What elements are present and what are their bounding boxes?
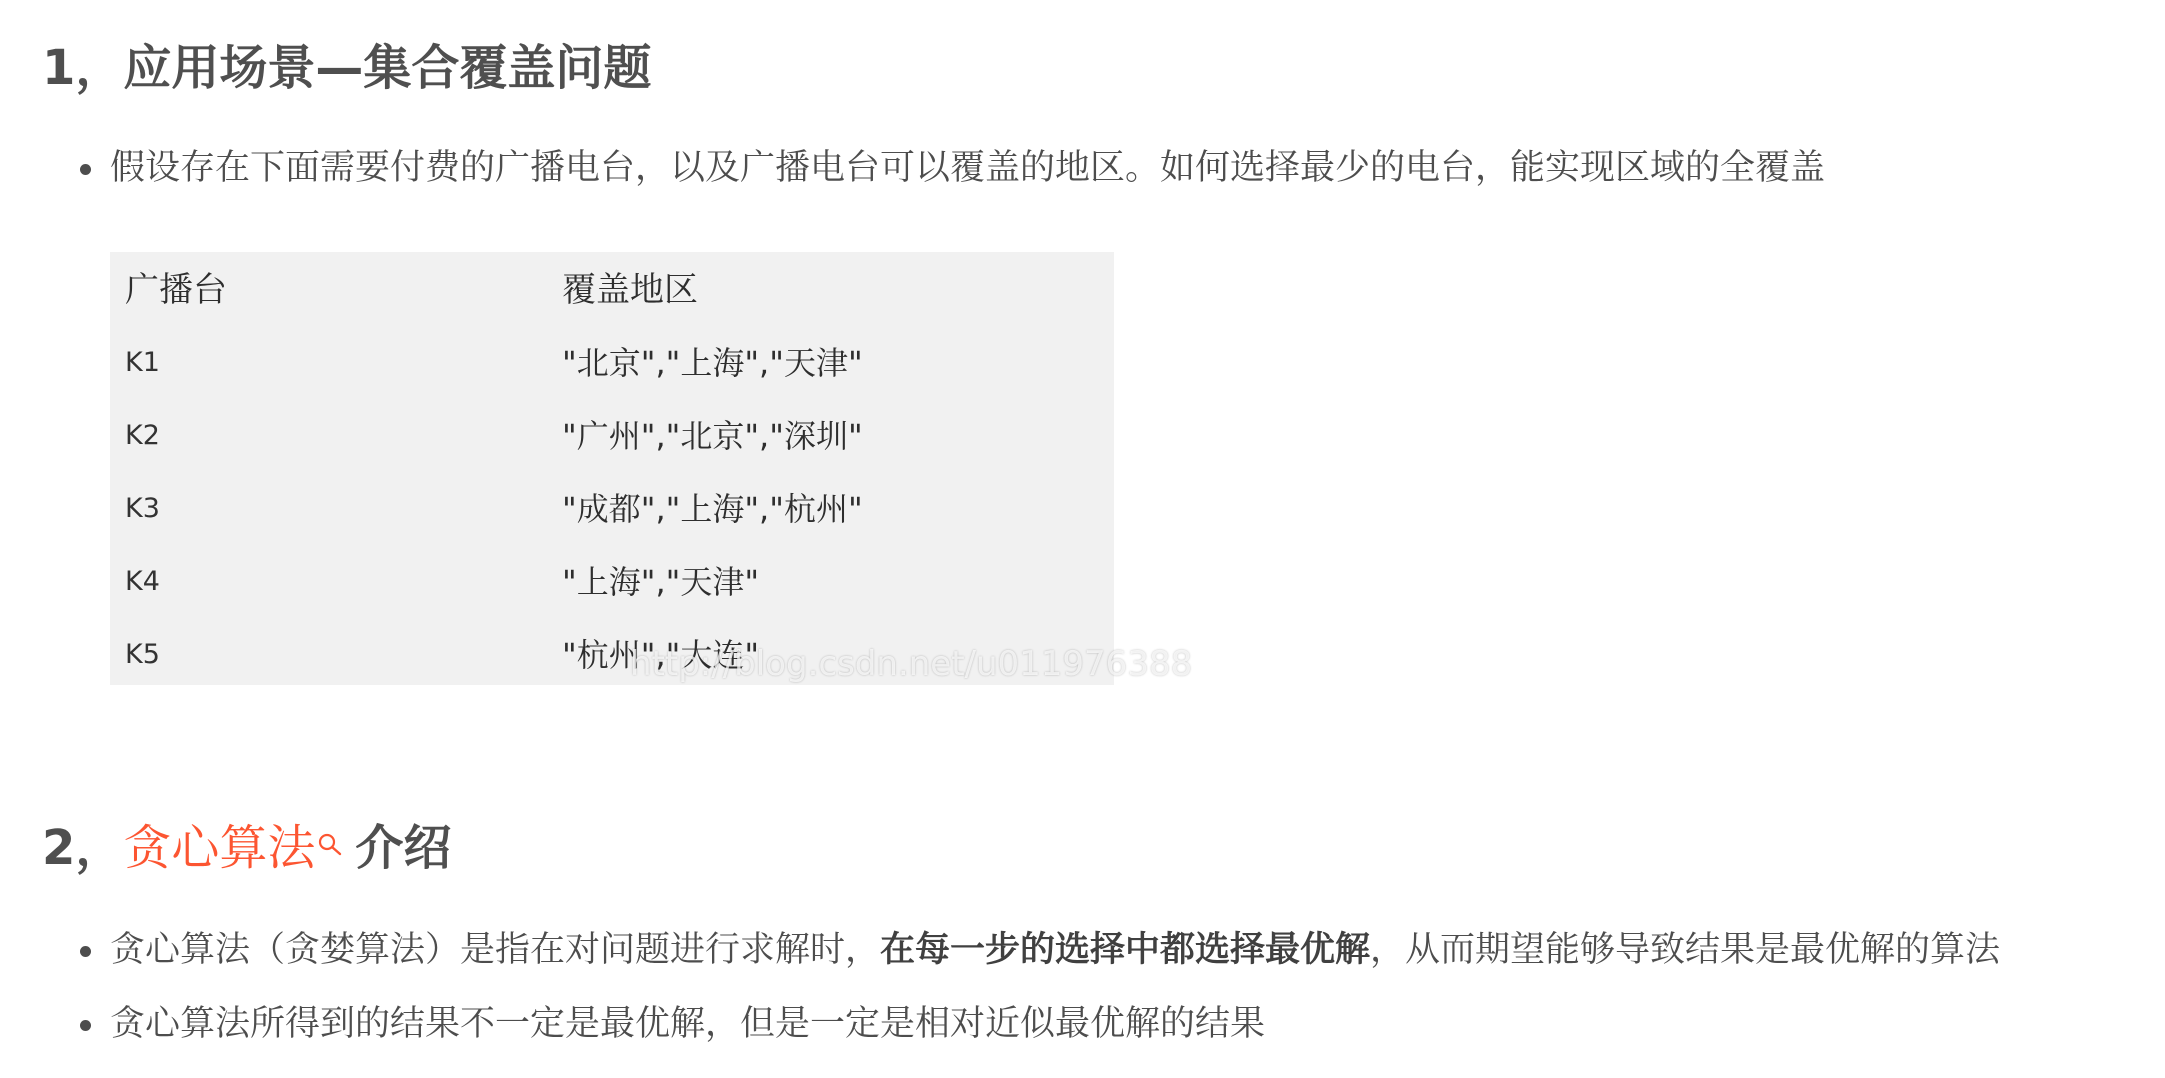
list-item: 贪心算法（贪婪算法）是指在对问题进行求解时，在每一步的选择中都选择最优解，从而期… <box>0 928 2000 972</box>
areas-cell: "成都","上海","杭州" <box>562 489 863 529</box>
bullet-text: 假设存在下面需要付费的广播电台，以及广播电台可以覆盖的地区。如何选择最少的电台，… <box>110 148 1825 188</box>
coverage-table-image: 广播台 覆盖地区 K1 "北京","上海","天津" K2 "广州","北京",… <box>110 252 1114 685</box>
section-2-bullet-list: 贪心算法（贪婪算法）是指在对问题进行求解时，在每一步的选择中都选择最优解，从而期… <box>0 928 2000 1076</box>
station-cell: K2 <box>125 416 160 456</box>
station-cell: K1 <box>125 343 160 383</box>
list-item: 贪心算法所得到的结果不一定是最优解，但是一定是相对近似最优解的结果 <box>0 1002 2000 1046</box>
table-row: K3 "成都","上海","杭州" <box>110 489 1114 529</box>
heading-prefix: 2， <box>42 820 123 876</box>
station-cell: K4 <box>125 562 160 602</box>
table-row: K4 "上海","天津" <box>110 562 1114 602</box>
bullet-text-after: ，从而期望能够导致结果是最优解的算法 <box>1370 930 2000 970</box>
section-2-heading: 2，贪心算法介绍 <box>42 820 451 876</box>
bullet-text: 贪心算法所得到的结果不一定是最优解，但是一定是相对近似最优解的结果 <box>110 1004 1265 1044</box>
list-item: 假设存在下面需要付费的广播电台，以及广播电台可以覆盖的地区。如何选择最少的电台，… <box>0 146 1825 190</box>
image-watermark: http://blog.csdn.net/u011976388 <box>630 644 1192 684</box>
section-1-heading: 1，应用场景—集合覆盖问题 <box>42 40 651 96</box>
bullet-dot-icon <box>80 164 91 175</box>
table-row: K2 "广州","北京","深圳" <box>110 416 1114 456</box>
section-1-bullet-list: 假设存在下面需要付费的广播电台，以及广播电台可以覆盖的地区。如何选择最少的电台，… <box>0 146 1825 190</box>
station-cell: K3 <box>125 489 160 529</box>
table-header-row: 广播台 覆盖地区 <box>110 270 1114 310</box>
table-header-areas: 覆盖地区 <box>562 270 698 310</box>
station-cell: K5 <box>125 635 160 675</box>
bullet-text-before: 贪心算法（贪婪算法）是指在对问题进行求解时， <box>110 930 880 970</box>
areas-cell: "北京","上海","天津" <box>562 343 863 383</box>
greedy-algorithm-link[interactable]: 贪心算法 <box>123 820 315 876</box>
areas-cell: "广州","北京","深圳" <box>562 416 863 456</box>
heading-suffix: 介绍 <box>355 820 451 876</box>
bullet-text-bold: 在每一步的选择中都选择最优解 <box>880 930 1370 970</box>
search-icon[interactable] <box>317 814 343 840</box>
bullet-dot-icon <box>80 946 91 957</box>
areas-cell: "上海","天津" <box>562 562 759 602</box>
bullet-dot-icon <box>80 1020 91 1031</box>
table-header-station: 广播台 <box>125 270 227 310</box>
table-row: K1 "北京","上海","天津" <box>110 343 1114 383</box>
